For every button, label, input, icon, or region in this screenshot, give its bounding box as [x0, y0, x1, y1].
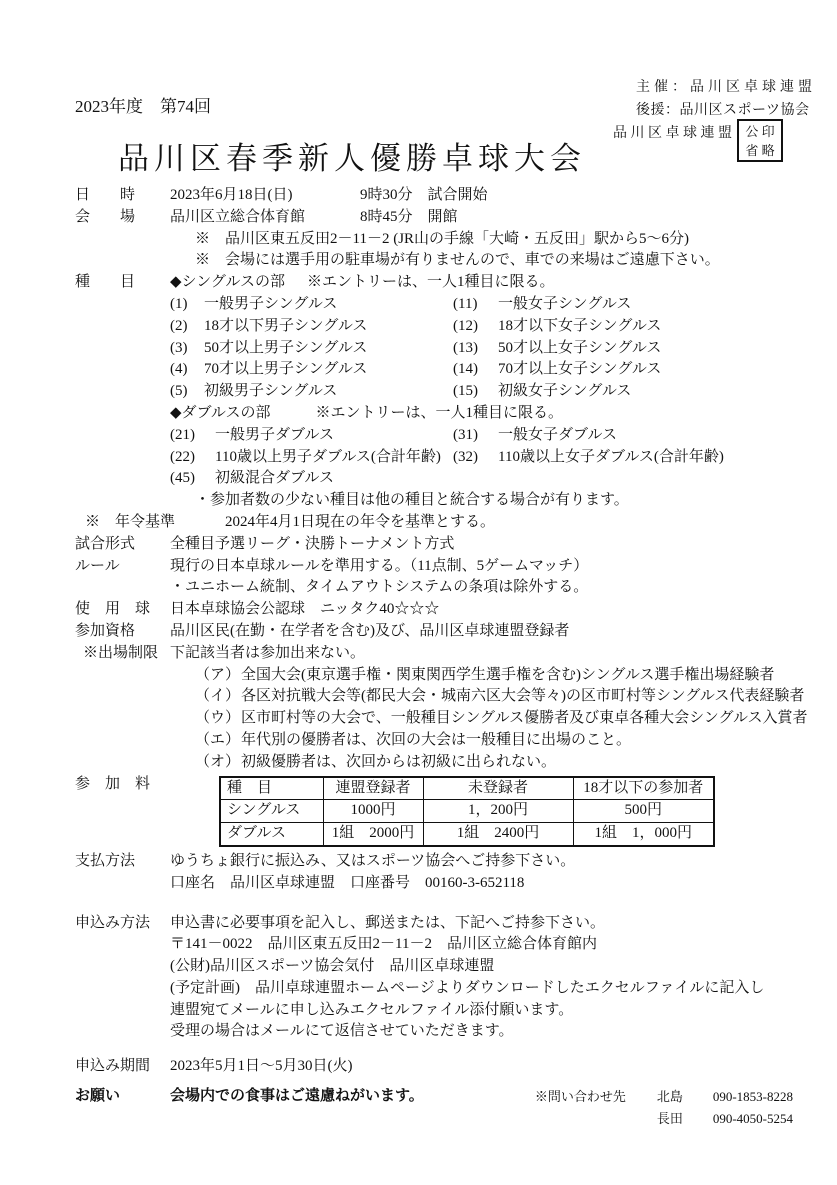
- contact-phone: 090-1853-8228: [713, 1086, 793, 1108]
- event-name: 一般男子ダブルス: [215, 425, 334, 447]
- period-row: 申込み期間 2023年5月1日～5月30日(火): [75, 1056, 801, 1078]
- application-lines: 申込書に必要事項を記入し、郵送または、下記へご持参下さい。 〒141－0022 …: [170, 913, 801, 1044]
- ball-row: 使 用 球 日本卓球協会公認球 ニッタク40☆☆☆: [75, 599, 801, 621]
- events-singles-header-row: 種 目 ◆シングルスの部 ※エントリーは、一人1種目に限る。: [75, 272, 801, 294]
- restriction-item: （ア） 全国大会(東京選手権・関東関西学生選手権を含む)シングルス選手権出場経験…: [195, 665, 801, 687]
- restriction-label: ※出場制限: [75, 643, 170, 665]
- restriction-item-number: （ア）: [195, 665, 241, 687]
- format-label: 試合形式: [75, 534, 170, 556]
- doubles-entry-note: ※エントリーは、一人1種目に限る。: [316, 403, 564, 425]
- event-number: (4): [170, 359, 204, 381]
- payment-lines: ゆうちょ銀行に振込み、又はスポーツ協会へご持参下さい。 口座名 品川区卓球連盟 …: [170, 851, 801, 895]
- event-number: (5): [170, 381, 204, 403]
- restriction-item-text: 全国大会(東京選手権・関東関西学生選手権を含む)シングルス選手権出場経験者: [241, 665, 774, 687]
- ball-label: 使 用 球: [75, 599, 170, 621]
- application-line: (予定計画) 品川卓球連盟ホームページよりダウンロードしたエクセルファイルに記入…: [170, 978, 801, 1000]
- seal-line-1: 公 印: [745, 122, 774, 141]
- datetime-label: 日 時: [75, 185, 170, 207]
- list-item: (2)18才以下男子シングルス (12)18才以下女子シングルス: [170, 316, 801, 338]
- fees-doubles-row: ダブルス 1組 2000円 1組 2400円 1組 1，000円: [220, 823, 714, 846]
- label-spacer: [75, 229, 170, 251]
- event-name: 70才以上男子シングルス: [204, 359, 367, 381]
- seal-line-2: 省 略: [745, 141, 774, 160]
- fees-cell: 500円: [573, 800, 714, 823]
- payment-line-2: 口座名 品川区卓球連盟 口座番号 00160-3-652118: [170, 873, 801, 895]
- fees-header-cell: 18才以下の参加者: [573, 777, 714, 800]
- contact-block: ※問い合わせ先 北島 090-1853-8228 長田 090-4050-525…: [535, 1086, 793, 1129]
- datetime-row: 日 時 2023年6月18日(日) 9時30分 試合開始: [75, 185, 801, 207]
- restriction-item: （イ） 各区対抗戦大会等(都民大会・城南六区大会等々)の区市町村等シングルス代表…: [195, 686, 801, 708]
- event-number: (32): [453, 447, 498, 469]
- fees-cell: 1000円: [323, 800, 423, 823]
- age-rule-row: ※ 年令基準 2024年4月1日現在の年令を基準とする。: [75, 512, 801, 534]
- fees-header-cell: 未登録者: [423, 777, 573, 800]
- list-item: (1)一般男子シングルス (11)一般女子シングルス: [170, 294, 801, 316]
- federation-line: 品川区卓球連盟: [613, 122, 816, 145]
- event-name: 50才以上女子シングルス: [498, 338, 661, 360]
- document-body: 日 時 2023年6月18日(日) 9時30分 試合開始 会 場 品川区立総合体…: [75, 185, 801, 1129]
- application-line: 受理の場合はメールにて返信させていただきます。: [170, 1021, 801, 1043]
- ball-value: 日本卓球協会公認球 ニッタク40☆☆☆: [170, 599, 801, 621]
- fees-row: 参 加 料 種 目 連盟登録者 未登録者 18才以下の参加者 シングルス 100…: [75, 774, 801, 847]
- datetime-value: 2023年6月18日(日): [170, 185, 360, 207]
- fees-cell: 1組 2000円: [323, 823, 423, 846]
- list-item: (3)50才以上男子シングルス (13)50才以上女子シングルス: [170, 338, 801, 360]
- venue-row: 会 場 品川区立総合体育館 8時45分 開館: [75, 207, 801, 229]
- fees-header-cell: 連盟登録者: [323, 777, 423, 800]
- restriction-item: （オ） 初級優勝者は、次回からは初級に出られない。: [195, 752, 801, 774]
- restriction-item-number: （イ）: [195, 686, 241, 708]
- event-name: 初級男子シングルス: [204, 381, 337, 403]
- restriction-item: （ウ） 区市町村等の大会で、一般種目シングルス優勝者及び東卓各種大会シングルス入…: [195, 708, 801, 730]
- restriction-value: 下記該当者は参加出来ない。: [170, 643, 801, 665]
- merge-note: ・参加者数の少ない種目は他の種目と統合する場合が有ります。: [195, 490, 801, 512]
- event-name: 初級混合ダブルス: [215, 468, 334, 490]
- restriction-item-number: （ウ）: [195, 708, 241, 730]
- fees-table-wrap: 種 目 連盟登録者 未登録者 18才以下の参加者 シングルス 1000円 1，2…: [219, 776, 801, 847]
- datetime-note: 9時30分 試合開始: [360, 185, 801, 207]
- list-item: (21)一般男子ダブルス (31)一般女子ダブルス: [170, 425, 801, 447]
- fees-cell: 1組 2400円: [423, 823, 573, 846]
- event-name: 一般女子シングルス: [498, 294, 631, 316]
- event-name: 一般女子ダブルス: [498, 425, 617, 447]
- event-number: (2): [170, 316, 204, 338]
- venue-parking-note: ※ 会場には選手用の駐車場が有りませんので、車での来場はご遠慮下さい。: [170, 250, 801, 272]
- application-label: 申込み方法: [75, 913, 170, 1044]
- singles-list: (1)一般男子シングルス (11)一般女子シングルス (2)18才以下男子シング…: [170, 294, 801, 490]
- fees-header-cell: 種 目: [220, 777, 323, 800]
- organizer-block: 主催：品川区卓球連盟 後援：品川区スポーツ協会 品川区卓球連盟: [636, 76, 816, 145]
- fees-cell: 1，200円: [423, 800, 573, 823]
- event-number: (21): [170, 425, 215, 447]
- period-label: 申込み期間: [75, 1056, 170, 1078]
- event-name: 一般男子シングルス: [204, 294, 337, 316]
- fees-cell: シングルス: [220, 800, 323, 823]
- restriction-item: （エ） 年代別の優勝者は、次回の大会は一般種目に出場のこと。: [195, 730, 801, 752]
- fees-label: 参 加 料: [75, 774, 170, 847]
- eligibility-value: 品川区民(在勤・在学者を含む)及び、品川区卓球連盟登録者: [170, 621, 801, 643]
- eligibility-row: 参加資格 品川区民(在勤・在学者を含む)及び、品川区卓球連盟登録者: [75, 621, 801, 643]
- eligibility-label: 参加資格: [75, 621, 170, 643]
- event-number: (11): [453, 294, 498, 316]
- event-number: (22): [170, 447, 215, 469]
- payment-label: 支払方法: [75, 851, 170, 895]
- edition-line: 2023年度 第74回: [75, 92, 211, 117]
- fees-cell: 1組 1，000円: [573, 823, 714, 846]
- document-page: 主催：品川区卓球連盟 後援：品川区スポーツ協会 品川区卓球連盟 公 印 省 略 …: [0, 0, 837, 1185]
- payment-row: 支払方法 ゆうちょ銀行に振込み、又はスポーツ協会へご持参下さい。 口座名 品川区…: [75, 851, 801, 895]
- restriction-item-text: 年代別の優勝者は、次回の大会は一般種目に出場のこと。: [241, 730, 631, 752]
- venue-address-note: ※ 品川区東五反田2－11－2 (JR山の手線「大崎・五反田」駅から5～6分): [170, 229, 801, 251]
- contact-name: 北島: [657, 1086, 699, 1108]
- event-number: (1): [170, 294, 204, 316]
- application-line: 申込書に必要事項を記入し、郵送または、下記へご持参下さい。: [170, 913, 801, 935]
- rules-lines: 現行の日本卓球ルールを準用する。（11点制、5ゲームマッチ） ・ユニホーム統制、…: [170, 556, 801, 600]
- label-spacer: [75, 250, 170, 272]
- page-title: 品川区春季新人優勝卓球大会: [118, 133, 586, 178]
- application-row: 申込み方法 申込書に必要事項を記入し、郵送または、下記へご持参下さい。 〒141…: [75, 913, 801, 1044]
- restriction-row: ※出場制限 下記該当者は参加出来ない。: [75, 643, 801, 665]
- restriction-item-number: （オ）: [195, 752, 241, 774]
- event-number: (45): [170, 468, 215, 490]
- event-number: (12): [453, 316, 498, 338]
- event-name: 18才以下男子シングルス: [204, 316, 367, 338]
- events-label: 種 目: [75, 272, 170, 294]
- period-value: 2023年5月1日～5月30日(火): [170, 1056, 801, 1078]
- age-rule-label: ※ 年令基準: [75, 512, 225, 534]
- restriction-item-text: 初級優勝者は、次回からは初級に出られない。: [241, 752, 556, 774]
- request-value: 会場内での食事はご遠慮ねがいます。: [170, 1086, 424, 1129]
- venue-note: 8時45分 開館: [360, 207, 801, 229]
- restriction-item-number: （エ）: [195, 730, 241, 752]
- singles-section-header: ◆シングルスの部 ※エントリーは、一人1種目に限る。: [170, 272, 801, 294]
- payment-line-1: ゆうちょ銀行に振込み、又はスポーツ協会へご持参下さい。: [170, 851, 801, 873]
- list-item: (22)110歳以上男子ダブルス(合計年齢) (32)110歳以上女子ダブルス(…: [170, 447, 801, 469]
- event-number: (14): [453, 359, 498, 381]
- request-label: お願い: [75, 1086, 170, 1129]
- event-number: (3): [170, 338, 204, 360]
- contact-label-spacer: [535, 1108, 643, 1130]
- event-name: 70才以上女子シングルス: [498, 359, 661, 381]
- fees-singles-row: シングルス 1000円 1，200円 500円: [220, 800, 714, 823]
- rules-row: ルール 現行の日本卓球ルールを準用する。（11点制、5ゲームマッチ） ・ユニホー…: [75, 556, 801, 600]
- organizer-line: 主催：品川区卓球連盟: [636, 76, 816, 99]
- singles-entry-note: ※エントリーは、一人1種目に限る。: [307, 272, 555, 294]
- application-line: (公財)品川区スポーツ協会気付 品川区卓球連盟: [170, 956, 801, 978]
- list-item: (5)初級男子シングルス (15)初級女子シングルス: [170, 381, 801, 403]
- event-name: 110歳以上女子ダブルス(合計年齢): [498, 447, 724, 469]
- event-name: 18才以下女子シングルス: [498, 316, 661, 338]
- doubles-header: ◆ダブルスの部: [170, 403, 271, 425]
- event-number: (13): [453, 338, 498, 360]
- rules-line-1: 現行の日本卓球ルールを準用する。（11点制、5ゲームマッチ）: [170, 556, 801, 578]
- rules-label: ルール: [75, 556, 170, 600]
- request-row: お願い 会場内での食事はご遠慮ねがいます。 ※問い合わせ先 北島 090-185…: [75, 1086, 801, 1129]
- event-number: (15): [453, 381, 498, 403]
- venue-label: 会 場: [75, 207, 170, 229]
- fees-table: 種 目 連盟登録者 未登録者 18才以下の参加者 シングルス 1000円 1，2…: [219, 776, 715, 847]
- doubles-section-header: ◆ダブルスの部 ※エントリーは、一人1種目に限る。: [170, 403, 801, 425]
- age-rule-value: 2024年4月1日現在の年令を基準とする。: [225, 512, 801, 534]
- singles-header: ◆シングルスの部: [170, 272, 285, 294]
- application-line: 連盟宛てメールに申し込みエクセルファイル添付願います。: [170, 1000, 801, 1022]
- event-name: 110歳以上男子ダブルス(合計年齢): [215, 447, 441, 469]
- venue-address-row: ※ 品川区東五反田2－11－2 (JR山の手線「大崎・五反田」駅から5～6分): [75, 229, 801, 251]
- format-value: 全種目予選リーグ・決勝トーナメント方式: [170, 534, 801, 556]
- fees-cell: ダブルス: [220, 823, 323, 846]
- restriction-item-text: 各区対抗戦大会等(都民大会・城南六区大会等々)の区市町村等シングルス代表経験者: [241, 686, 804, 708]
- list-item: (45)初級混合ダブルス: [170, 468, 801, 490]
- restriction-item-text: 区市町村等の大会で、一般種目シングルス優勝者及び東卓各種大会シングルス入賞者: [241, 708, 808, 730]
- contact-phone: 090-4050-5254: [713, 1108, 793, 1130]
- official-seal-omitted-box: 公 印 省 略: [737, 119, 783, 162]
- rules-line-2: ・ユニホーム統制、タイムアウトシステムの条項は除外する。: [170, 577, 801, 599]
- supporter-line: 後援：品川区スポーツ協会: [636, 99, 816, 122]
- event-name: 50才以上男子シングルス: [204, 338, 367, 360]
- event-number: (31): [453, 425, 498, 447]
- format-row: 試合形式 全種目予選リーグ・決勝トーナメント方式: [75, 534, 801, 556]
- venue-parking-row: ※ 会場には選手用の駐車場が有りませんので、車での来場はご遠慮下さい。: [75, 250, 801, 272]
- fees-header-row: 種 目 連盟登録者 未登録者 18才以下の参加者: [220, 777, 714, 800]
- list-item: (4)70才以上男子シングルス (14)70才以上女子シングルス: [170, 359, 801, 381]
- contact-label: ※問い合わせ先: [535, 1086, 643, 1108]
- application-line: 〒141－0022 品川区東五反田2－11－2 品川区立総合体育館内: [170, 934, 801, 956]
- event-name: 初級女子シングルス: [498, 381, 631, 403]
- venue-value: 品川区立総合体育館: [170, 207, 360, 229]
- contact-name: 長田: [657, 1108, 699, 1130]
